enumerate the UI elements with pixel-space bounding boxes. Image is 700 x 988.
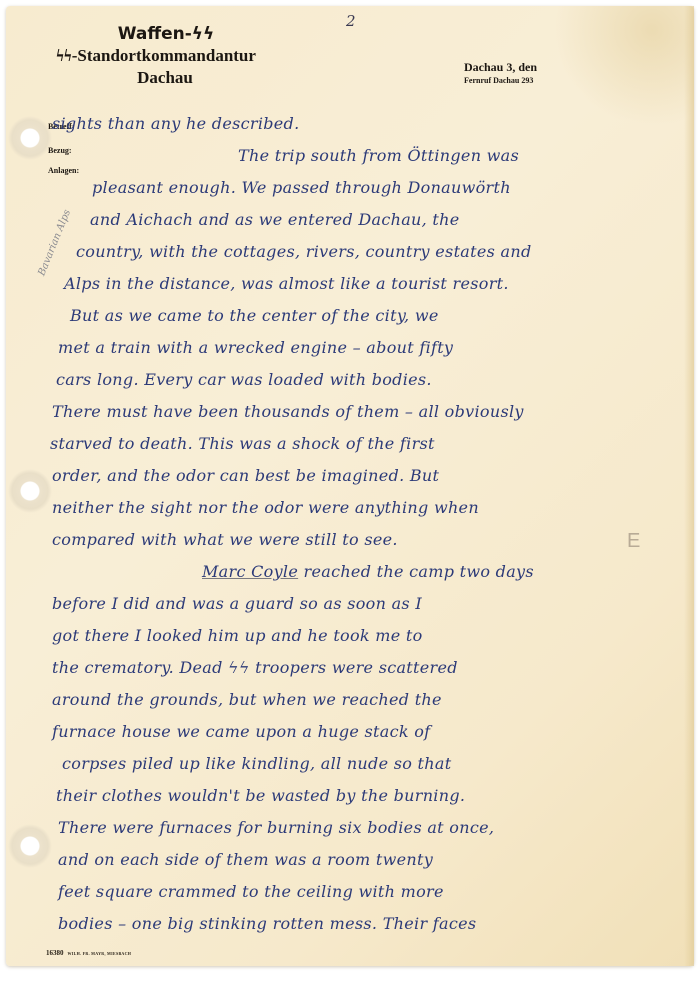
page-number: 2 (346, 12, 356, 30)
letterhead-date-block: Dachau 3, den Fernruf Dachau 293 (464, 60, 537, 85)
form-footer: 16380WILH. FR. MAYR, MIESBACH (46, 949, 131, 957)
handwritten-line: around the grounds, but when we reached … (52, 690, 682, 709)
handwritten-line: cars long. Every car was loaded with bod… (56, 370, 686, 389)
date-line: Dachau 3, den (464, 60, 537, 75)
handwritten-line: got there I looked him up and he took me… (52, 626, 682, 645)
handwritten-line: before I did and was a guard so as soon … (52, 594, 682, 613)
handwritten-line: starved to death. This was a shock of th… (50, 434, 680, 453)
handwritten-line: country, with the cottages, rivers, coun… (76, 242, 700, 261)
handwritten-line-with-name: Marc Coyle reached the camp two days (202, 562, 700, 581)
handwritten-line: feet square crammed to the ceiling with … (58, 882, 688, 901)
margin-note: Bavarian Alps (37, 208, 73, 277)
handwritten-line: their clothes wouldn't be wasted by the … (56, 786, 686, 805)
handwritten-line: corpses piled up like kindling, all nude… (62, 754, 692, 773)
handwritten-line: There were furnaces for burning six bodi… (58, 818, 688, 837)
handwritten-line: Alps in the distance, was almost like a … (64, 274, 694, 293)
letter-page: 2 Waffen-ϟϟ ϟϟ-Standortkommandantur Dach… (6, 6, 694, 966)
printer-imprint: WILH. FR. MAYR, MIESBACH (68, 951, 132, 956)
handwritten-line: met a train with a wrecked engine – abou… (58, 338, 688, 357)
handwritten-line: order, and the odor can best be imagined… (52, 466, 682, 485)
letterhead-line-3: Dachau (24, 68, 306, 88)
handwritten-line-rest: reached the camp two days (304, 562, 534, 581)
handwritten-line: the crematory. Dead ϟϟ troopers were sca… (52, 658, 682, 677)
handwritten-line: bodies – one big stinking rotten mess. T… (58, 914, 688, 933)
handwritten-line: pleasant enough. We passed through Donau… (92, 178, 700, 197)
handwritten-line: and on each side of them was a room twen… (58, 850, 688, 869)
handwritten-line: and Aichach and as we entered Dachau, th… (90, 210, 700, 229)
handwritten-line: But as we came to the center of the city… (70, 306, 700, 325)
punch-hole-bottom (8, 824, 52, 868)
form-number: 16380 (46, 949, 64, 957)
handwritten-line: sights than any he described. (52, 114, 682, 133)
handwritten-line: compared with what we were still to see. (52, 530, 682, 549)
water-stain (554, 6, 694, 126)
handwritten-line: There must have been thousands of them –… (52, 402, 682, 421)
handwritten-line: The trip south from Öttingen was (238, 146, 700, 165)
letterhead: Waffen-ϟϟ ϟϟ-Standortkommandantur Dachau (6, 24, 306, 88)
letterhead-line-1: Waffen-ϟϟ (26, 24, 306, 44)
handwritten-line: neither the sight nor the odor were anyt… (52, 498, 682, 517)
underlined-name: Marc Coyle (202, 562, 298, 581)
handwritten-line: furnace house we came upon a huge stack … (52, 722, 682, 741)
field-anlagen: Anlagen: (48, 166, 79, 175)
field-bezug: Bezug: (48, 146, 72, 155)
letterhead-line-2: ϟϟ-Standortkommandantur (6, 46, 306, 66)
phone-line: Fernruf Dachau 293 (464, 76, 537, 85)
punch-hole-top (8, 116, 52, 160)
punch-hole-middle (8, 469, 52, 513)
